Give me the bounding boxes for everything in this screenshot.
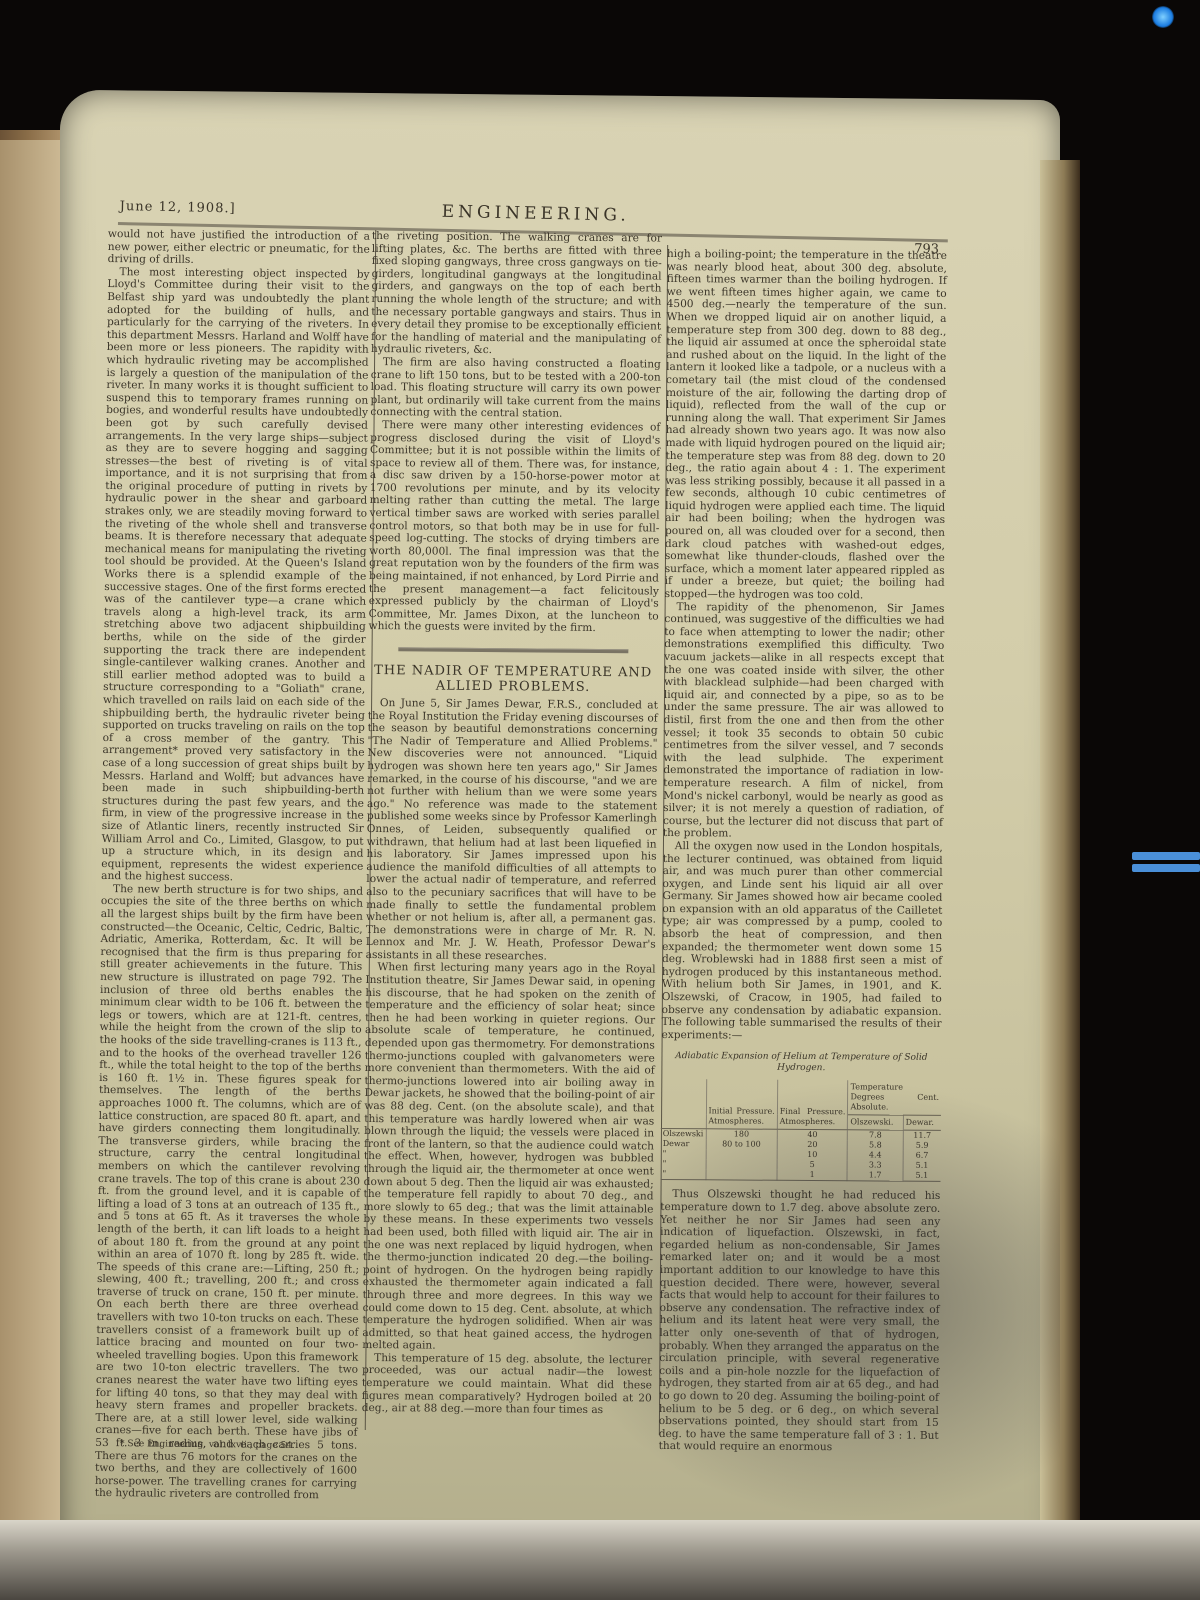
footnote: * See Engineering, vol. lxvii., page 54.	[120, 1439, 295, 1451]
table-cell: "	[661, 1159, 706, 1169]
table-cell: Olszewski	[661, 1129, 706, 1140]
table-cell	[706, 1160, 777, 1170]
table-cell: 40	[777, 1130, 848, 1141]
table-row: " 1 1.7 5.1	[660, 1169, 940, 1181]
paragraph: The rapidity of the phenomenon, Sir Jame…	[663, 601, 945, 842]
table-header: Dewar.	[903, 1116, 941, 1131]
table-header: Olszewski.	[848, 1115, 903, 1130]
table-cell: 4.4	[848, 1151, 903, 1161]
table-cell: 11.7	[903, 1131, 941, 1142]
section-divider	[398, 647, 628, 653]
table-cell: 20	[777, 1140, 848, 1150]
background-blue-light	[1152, 6, 1174, 28]
table-cell: 80 to 100	[706, 1140, 777, 1150]
paragraph: There were many other interesting eviden…	[368, 419, 660, 636]
table-header	[661, 1079, 706, 1129]
paragraph: would not have justified the introductio…	[108, 228, 370, 269]
paragraph: All the oxygen now used in the London ho…	[661, 840, 942, 1043]
table-header: Final Pressure. Atmospheres.	[777, 1080, 848, 1130]
table-cell	[706, 1150, 777, 1160]
table-cell: "	[661, 1149, 706, 1159]
table-cell: 5.1	[903, 1161, 941, 1171]
paragraph: On June 5, Sir James Dewar, F.R.S., conc…	[366, 697, 658, 964]
table-cell: 5	[777, 1160, 848, 1170]
issue-date: June 12, 1908.]	[120, 199, 236, 216]
table-header: Initial Pressure. Atmospheres.	[706, 1080, 778, 1130]
paragraph: Thus Olszewski thought he had reduced hi…	[659, 1188, 941, 1454]
table-cell: 1	[777, 1170, 848, 1181]
table-cell: 5.8	[848, 1141, 903, 1151]
column-2: the riveting position. The walking crane…	[362, 230, 662, 1402]
page-stack-edge	[1040, 160, 1080, 1560]
paragraph: The most interesting object inspected by…	[101, 266, 369, 886]
background-blue-sign	[1132, 848, 1200, 876]
table-cell: 10	[777, 1150, 848, 1160]
column-1: would not have justified the introductio…	[96, 228, 370, 1401]
table-cell: 5.1	[903, 1171, 941, 1182]
display-stand-ledge	[0, 1520, 1200, 1600]
table-group-header: Temperature Degrees Cent. Absolute.	[848, 1081, 941, 1116]
table-cell: 3.3	[848, 1161, 903, 1171]
table-cell: "	[660, 1169, 705, 1180]
column-3: high a boiling-point; the temperature in…	[659, 248, 947, 1430]
table-cell: 1.7	[847, 1171, 902, 1182]
helium-expansion-table: Initial Pressure. Atmospheres. Final Pre…	[660, 1079, 941, 1182]
table-cell: 5.9	[903, 1141, 941, 1151]
paragraph: The firm are also having constructed a f…	[370, 356, 661, 421]
table-caption: Adiabatic Expansion of Helium at Tempera…	[661, 1051, 941, 1075]
paragraph: high a boiling-point; the temperature in…	[665, 248, 947, 603]
table-cell: 6.7	[903, 1151, 941, 1161]
table-cell: 7.8	[848, 1130, 903, 1141]
table-cell: 180	[706, 1129, 777, 1140]
facing-page-edge	[0, 140, 60, 1580]
article-title: THE NADIR OF TEMPERATURE AND ALLIED PROB…	[368, 663, 658, 696]
table-cell	[706, 1170, 777, 1181]
paragraph: When first lecturing many years ago in t…	[362, 961, 655, 1354]
table-cell: Dewar	[661, 1139, 706, 1149]
paragraph: This temperature of 15 deg. absolute, th…	[362, 1352, 653, 1417]
publication-title: ENGINEERING.	[442, 202, 630, 226]
paragraph: The new berth structure is for two ships…	[95, 883, 363, 1503]
paragraph: the riveting position. The walking crane…	[371, 230, 662, 358]
